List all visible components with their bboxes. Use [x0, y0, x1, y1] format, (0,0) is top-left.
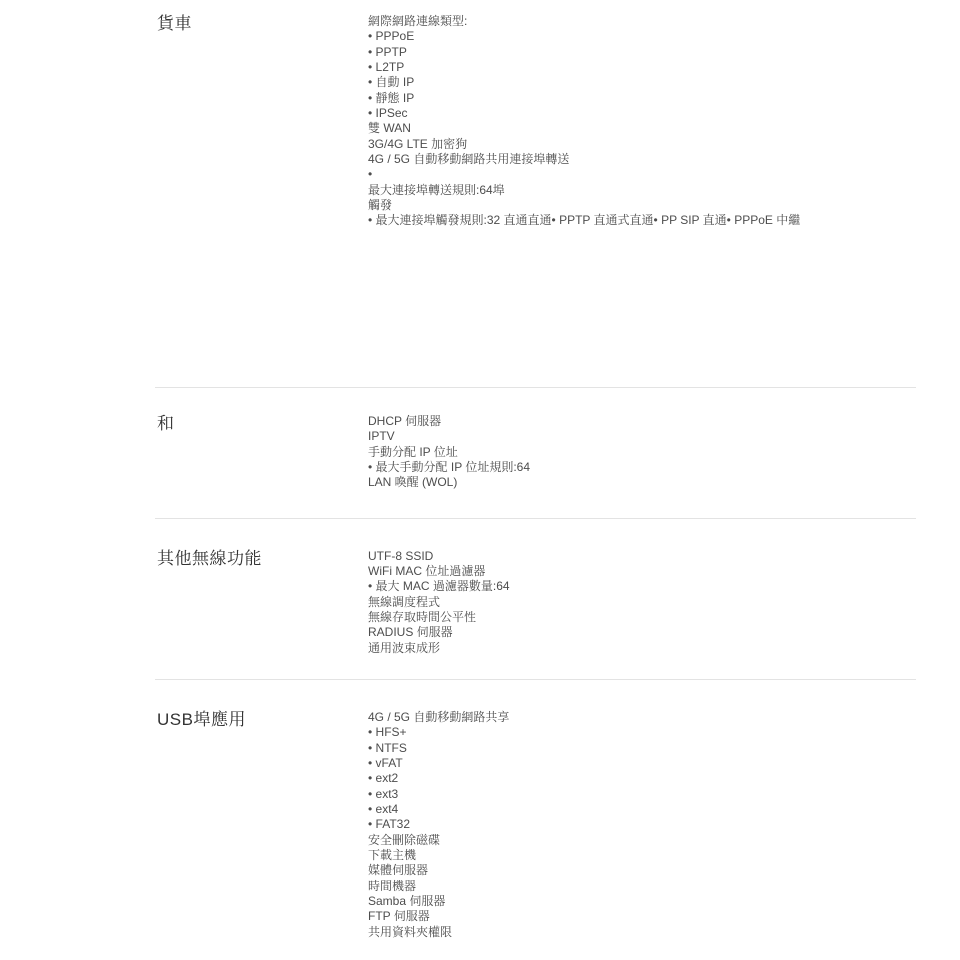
spec-line: Samba 伺服器: [368, 894, 916, 909]
spec-line: • 靜態 IP: [368, 91, 916, 106]
spec-line: • FAT32: [368, 817, 916, 832]
spec-line: 下載主機: [368, 848, 916, 863]
spec-row: USB埠應用4G / 5G 自動移動網路共享• HFS+• NTFS• vFAT…: [155, 679, 916, 946]
spec-row-content: 網際網路連線類型:• PPPoE• PPTP• L2TP• 自動 IP• 靜態 …: [368, 14, 916, 229]
spec-row-label: 其他無線功能: [155, 549, 368, 569]
spec-row-label: 和: [155, 414, 368, 434]
spec-line: • HFS+: [368, 725, 916, 740]
spec-row-content: 4G / 5G 自動移動網路共享• HFS+• NTFS• vFAT• ext2…: [368, 710, 916, 940]
spec-line: • 自動 IP: [368, 75, 916, 90]
spec-line: • 最大 MAC 過濾器數量:64: [368, 579, 916, 594]
spec-line: 手動分配 IP 位址: [368, 445, 916, 460]
spec-line: DHCP 伺服器: [368, 414, 916, 429]
spec-line: IPTV: [368, 429, 916, 444]
spec-line: LAN 喚醒 (WOL): [368, 475, 916, 490]
spec-line: • 最大連接埠觸發規則:32 直通直通• PPTP 直通式直通• PP SIP …: [368, 213, 916, 228]
spec-line: • IPSec: [368, 106, 916, 121]
spec-row-label: 貨車: [155, 14, 368, 34]
spec-line: 網際網路連線類型:: [368, 14, 916, 29]
spec-line: UTF-8 SSID: [368, 549, 916, 564]
spec-line: • ext3: [368, 787, 916, 802]
spec-line: • PPPoE: [368, 29, 916, 44]
spec-line: 通用波束成形: [368, 641, 916, 656]
spec-line: 3G/4G LTE 加密狗: [368, 137, 916, 152]
spec-row-label: USB埠應用: [155, 710, 368, 730]
spec-line: RADIUS 伺服器: [368, 625, 916, 640]
spec-line: 觸發: [368, 198, 916, 213]
spec-line: 4G / 5G 自動移動網路共享: [368, 710, 916, 725]
spec-line: 無線調度程式: [368, 595, 916, 610]
spec-line: • 最大手動分配 IP 位址規則:64: [368, 460, 916, 475]
spec-line: • L2TP: [368, 60, 916, 75]
spec-line: 時間機器: [368, 879, 916, 894]
spec-line: • PPTP: [368, 45, 916, 60]
spec-line: 無線存取時間公平性: [368, 610, 916, 625]
spec-line: 媒體伺服器: [368, 863, 916, 878]
spec-line: WiFi MAC 位址過濾器: [368, 564, 916, 579]
spec-row-content: DHCP 伺服器IPTV手動分配 IP 位址• 最大手動分配 IP 位址規則:6…: [368, 414, 916, 491]
spec-row: 貨車網際網路連線類型:• PPPoE• PPTP• L2TP• 自動 IP• 靜…: [155, 0, 916, 387]
spec-line: •: [368, 167, 916, 182]
spec-line: 共用資料夾權限: [368, 925, 916, 940]
spec-line: 安全刪除磁碟: [368, 833, 916, 848]
spec-table: 貨車網際網路連線類型:• PPPoE• PPTP• L2TP• 自動 IP• 靜…: [155, 0, 916, 946]
spec-line: • vFAT: [368, 756, 916, 771]
spec-line: FTP 伺服器: [368, 909, 916, 924]
spec-line: 4G / 5G 自動移動網路共用連接埠轉送: [368, 152, 916, 167]
spec-line: • ext4: [368, 802, 916, 817]
spec-line: • ext2: [368, 771, 916, 786]
spec-line: 雙 WAN: [368, 121, 916, 136]
spec-row-content: UTF-8 SSIDWiFi MAC 位址過濾器• 最大 MAC 過濾器數量:6…: [368, 549, 916, 656]
spec-row: 和DHCP 伺服器IPTV手動分配 IP 位址• 最大手動分配 IP 位址規則:…: [155, 387, 916, 518]
spec-line: 最大連接埠轉送規則:64埠: [368, 183, 916, 198]
spec-line: • NTFS: [368, 741, 916, 756]
spec-row: 其他無線功能UTF-8 SSIDWiFi MAC 位址過濾器• 最大 MAC 過…: [155, 518, 916, 679]
